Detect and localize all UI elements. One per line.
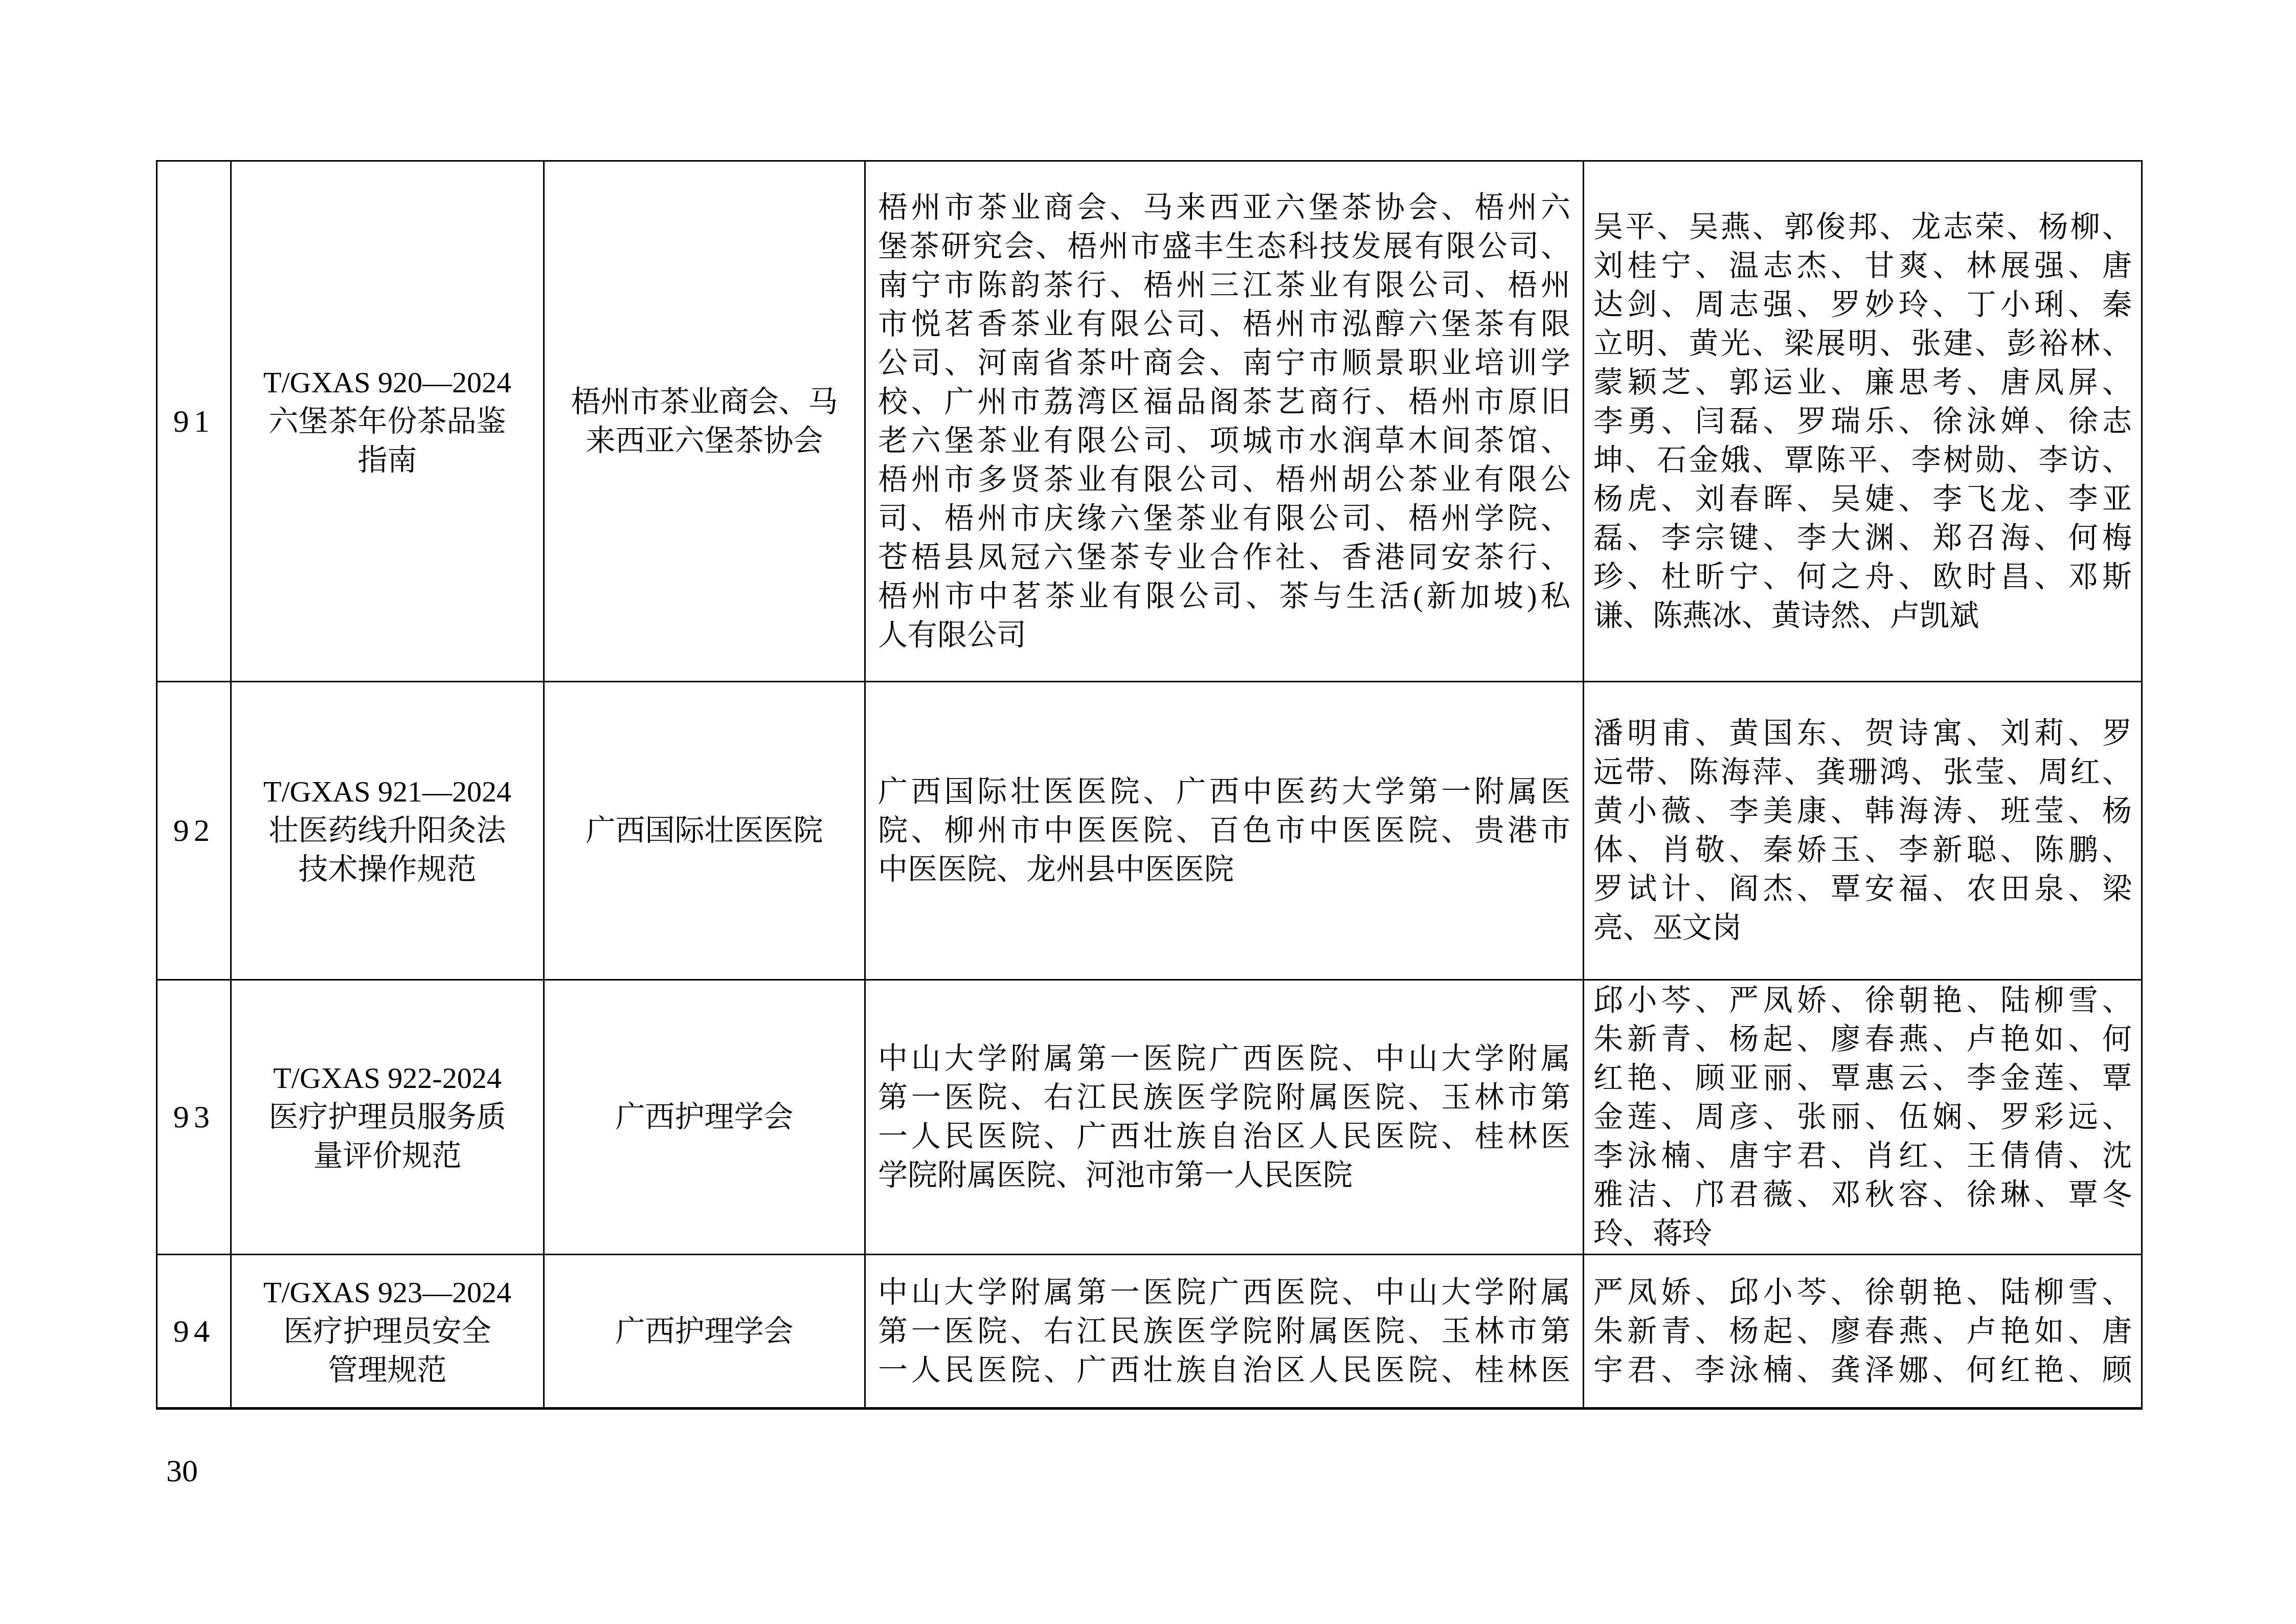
text-line: 梧州市中茗茶业有限公司、茶与生活(新加坡)私: [878, 577, 1570, 616]
text-line: 邱小芩、严凤娇、徐朝艳、陆柳雪、: [1593, 981, 2132, 1020]
text-line: 罗试计、阎杰、覃安福、农田泉、梁: [1593, 870, 2132, 908]
page-number: 30: [166, 1452, 198, 1490]
text-line: 指南: [237, 441, 538, 480]
text-line: 雅洁、邝君薇、邓秋容、徐琳、覃冬: [1593, 1175, 2132, 1214]
text-line: 远带、陈海萍、龚珊鸿、张莹、周红、: [1593, 753, 2132, 792]
row-number: 92: [173, 811, 215, 850]
text-line: T/GXAS 920—2024: [237, 363, 538, 402]
text-line: 宇君、李泳楠、龚泽娜、何红艳、顾: [1593, 1351, 2132, 1390]
standard-number-name-cell: T/GXAS 923—2024医疗护理员安全管理规范: [232, 1255, 545, 1407]
drafting-units-cell: 梧州市茶业商会、马来西亚六堡茶协会、梧州六堡茶研究会、梧州市盛丰生态科技发展有限…: [866, 162, 1584, 682]
text-line: 市悦茗香茶业有限公司、梧州市泓醇六堡茶有限: [878, 305, 1570, 344]
row-number-cell: 91: [157, 162, 232, 682]
text-line: 壮医药线升阳灸法: [237, 811, 538, 850]
text-line: 梧州市多贤茶业有限公司、梧州胡公茶业有限公: [878, 460, 1570, 499]
text-line: 广西护理学会: [551, 1312, 858, 1351]
text-line: 公司、河南省茶叶商会、南宁市顺景职业培训学: [878, 344, 1570, 383]
text-line: 人有限公司: [878, 616, 1570, 655]
text-line: 坤、石金娥、覃陈平、李树勋、李访、: [1593, 441, 2132, 480]
text-line: T/GXAS 922-2024: [237, 1059, 538, 1098]
text-line: 梧州市茶业商会、马来西亚六堡茶协会、梧州六: [878, 188, 1570, 227]
text-line: 朱新青、杨起、廖春燕、卢艳如、唐: [1593, 1312, 2132, 1351]
text-line: 学院附属医院、河池市第一人民医院: [878, 1156, 1570, 1195]
text-line: 刘桂宁、温志杰、甘爽、林展强、唐: [1593, 247, 2132, 285]
text-line: 梧州市茶业商会、马: [551, 383, 858, 421]
text-line: 体、肖敬、秦娇玉、李新聪、陈鹏、: [1593, 831, 2132, 870]
text-line: 中医医院、龙州县中医医院: [878, 850, 1570, 889]
text-line: 院、柳州市中医医院、百色市中医医院、贵港市: [878, 811, 1570, 850]
drafters-cell: 潘明甫、黄国东、贺诗寓、刘莉、罗远带、陈海萍、龚珊鸿、张莹、周红、黄小薇、李美康…: [1584, 682, 2141, 981]
row-number-cell: 94: [157, 1255, 232, 1407]
text-line: 广西护理学会: [551, 1098, 858, 1137]
text-line: 蒙颖芝、郭运业、廉思考、唐凤屏、: [1593, 363, 2132, 402]
drafting-units-cell: 中山大学附属第一医院广西医院、中山大学附属第一医院、右江民族医学院附属医院、玉林…: [866, 981, 1584, 1255]
text-line: 校、广州市荔湾区福品阁茶艺商行、梧州市原旧: [878, 383, 1570, 421]
proposing-organization-cell: 广西护理学会: [545, 1255, 866, 1407]
text-line: 吴平、吴燕、郭俊邦、龙志荣、杨柳、: [1593, 208, 2132, 247]
proposing-organization-cell: 广西护理学会: [545, 981, 866, 1255]
text-line: 潘明甫、黄国东、贺诗寓、刘莉、罗: [1593, 714, 2132, 753]
text-line: 一人民医院、广西壮族自治区人民医院、桂林医: [878, 1351, 1570, 1390]
text-line: 红艳、顾亚丽、覃惠云、李金莲、覃: [1593, 1059, 2132, 1098]
proposing-organization-cell: 广西国际壮医医院: [545, 682, 866, 981]
drafters-cell: 严凤娇、邱小芩、徐朝艳、陆柳雪、朱新青、杨起、廖春燕、卢艳如、唐宇君、李泳楠、龚…: [1584, 1255, 2141, 1407]
text-line: 珍、杜昕宁、何之舟、欧时昌、邓斯: [1593, 558, 2132, 596]
text-line: 六堡茶年份茶品鉴: [237, 402, 538, 441]
text-line: 亮、巫文岗: [1593, 908, 2132, 947]
row-number: 93: [173, 1098, 215, 1137]
row-number-cell: 92: [157, 682, 232, 981]
text-line: 广西国际壮医医院: [551, 811, 858, 850]
standard-number-name-cell: T/GXAS 921—2024壮医药线升阳灸法技术操作规范: [232, 682, 545, 981]
row-number-cell: 93: [157, 981, 232, 1255]
text-line: 医疗护理员安全: [237, 1312, 538, 1351]
text-line: 玲、蒋玲: [1593, 1214, 2132, 1253]
text-line: 达剑、周志强、罗妙玲、丁小琍、秦: [1593, 285, 2132, 324]
proposing-organization-cell: 梧州市茶业商会、马来西亚六堡茶协会: [545, 162, 866, 682]
text-line: 李泳楠、唐宇君、肖红、王倩倩、沈: [1593, 1137, 2132, 1175]
text-line: 量评价规范: [237, 1137, 538, 1175]
text-line: 医疗护理员服务质: [237, 1098, 538, 1137]
text-line: 黄小薇、李美康、韩海涛、班莹、杨: [1593, 792, 2132, 831]
text-line: 老六堡茶业有限公司、项城市水润草木间茶馆、: [878, 421, 1570, 460]
drafters-cell: 吴平、吴燕、郭俊邦、龙志荣、杨柳、刘桂宁、温志杰、甘爽、林展强、唐达剑、周志强、…: [1584, 162, 2141, 682]
text-line: 李勇、闫磊、罗瑞乐、徐泳婵、徐志: [1593, 402, 2132, 441]
row-number: 94: [173, 1312, 215, 1351]
text-line: 杨虎、刘春晖、吴婕、李飞龙、李亚: [1593, 480, 2132, 519]
text-line: 第一医院、右江民族医学院附属医院、玉林市第: [878, 1312, 1570, 1351]
text-line: 苍梧县凤冠六堡茶专业合作社、香港同安茶行、: [878, 538, 1570, 577]
text-line: 管理规范: [237, 1351, 538, 1390]
standard-number-name-cell: T/GXAS 920—2024六堡茶年份茶品鉴指南: [232, 162, 545, 682]
text-line: T/GXAS 923—2024: [237, 1273, 538, 1312]
drafting-units-cell: 广西国际壮医医院、广西中医药大学第一附属医院、柳州市中医医院、百色市中医医院、贵…: [866, 682, 1584, 981]
text-line: T/GXAS 921—2024: [237, 772, 538, 811]
text-line: 一人民医院、广西壮族自治区人民医院、桂林医: [878, 1117, 1570, 1156]
row-number: 91: [173, 402, 215, 441]
text-line: 司、梧州市庆缘六堡茶业有限公司、梧州学院、: [878, 499, 1570, 538]
text-line: 严凤娇、邱小芩、徐朝艳、陆柳雪、: [1593, 1273, 2132, 1312]
text-line: 技术操作规范: [237, 850, 538, 889]
standard-number-name-cell: T/GXAS 922-2024医疗护理员服务质量评价规范: [232, 981, 545, 1255]
text-line: 金莲、周彦、张丽、伍娴、罗彩远、: [1593, 1098, 2132, 1137]
text-line: 谦、陈燕冰、黄诗然、卢凯斌: [1593, 596, 2132, 635]
drafting-units-cell: 中山大学附属第一医院广西医院、中山大学附属第一医院、右江民族医学院附属医院、玉林…: [866, 1255, 1584, 1407]
text-line: 立明、黄光、梁展明、张建、彭裕林、: [1593, 324, 2132, 363]
text-line: 中山大学附属第一医院广西医院、中山大学附属: [878, 1273, 1570, 1312]
text-line: 第一医院、右江民族医学院附属医院、玉林市第: [878, 1078, 1570, 1117]
text-line: 南宁市陈韵茶行、梧州三江茶业有限公司、梧州: [878, 266, 1570, 305]
text-line: 朱新青、杨起、廖春燕、卢艳如、何: [1593, 1020, 2132, 1059]
text-line: 广西国际壮医医院、广西中医药大学第一附属医: [878, 772, 1570, 811]
drafters-cell: 邱小芩、严凤娇、徐朝艳、陆柳雪、朱新青、杨起、廖春燕、卢艳如、何红艳、顾亚丽、覃…: [1584, 981, 2141, 1255]
standards-table: 91 T/GXAS 920—2024六堡茶年份茶品鉴指南 梧州市茶业商会、马来西…: [156, 160, 2143, 1410]
text-line: 磊、李宗键、李大渊、郑召海、何梅: [1593, 519, 2132, 558]
text-line: 来西亚六堡茶协会: [551, 421, 858, 460]
text-line: 堡茶研究会、梧州市盛丰生态科技发展有限公司、: [878, 227, 1570, 266]
text-line: 中山大学附属第一医院广西医院、中山大学附属: [878, 1039, 1570, 1078]
